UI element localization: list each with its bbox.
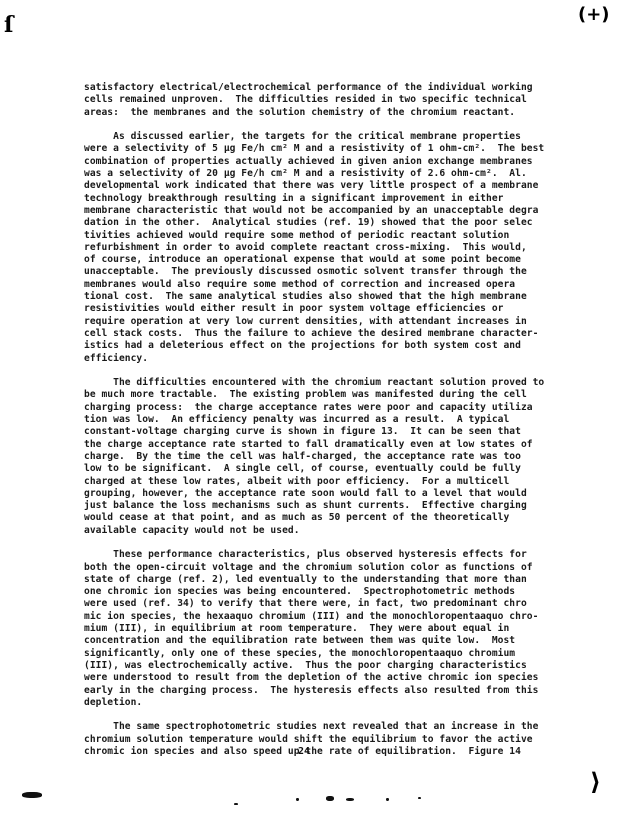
- document-page: ſ (+) satisfactory electrical/electroche…: [0, 0, 620, 814]
- scan-corner-mark-bottom-right: ⟩: [590, 768, 601, 796]
- page-number: 24: [298, 746, 310, 757]
- paragraph: The same spectrophotometric studies next…: [84, 721, 584, 758]
- scan-artifact-smudge: [234, 803, 238, 805]
- scan-artifact-smudge: [326, 796, 334, 801]
- paragraph: The difficulties encountered with the ch…: [84, 377, 584, 537]
- scan-artifact-smudge: [346, 798, 354, 801]
- scan-artifact-smudge: [22, 792, 42, 798]
- paragraph: satisfactory electrical/electrochemical …: [84, 82, 584, 119]
- document-body: satisfactory electrical/electrochemical …: [84, 82, 584, 771]
- scan-artifact-smudge: [386, 798, 389, 801]
- scan-artifact-smudge: [296, 798, 299, 801]
- paragraph: These performance characteristics, plus …: [84, 549, 584, 709]
- scan-corner-mark-top-right: (+): [578, 4, 610, 25]
- paragraph: As discussed earlier, the targets for th…: [84, 131, 584, 365]
- scan-artifact-smudge: [418, 797, 421, 799]
- scan-corner-mark-top-left: ſ: [4, 12, 13, 38]
